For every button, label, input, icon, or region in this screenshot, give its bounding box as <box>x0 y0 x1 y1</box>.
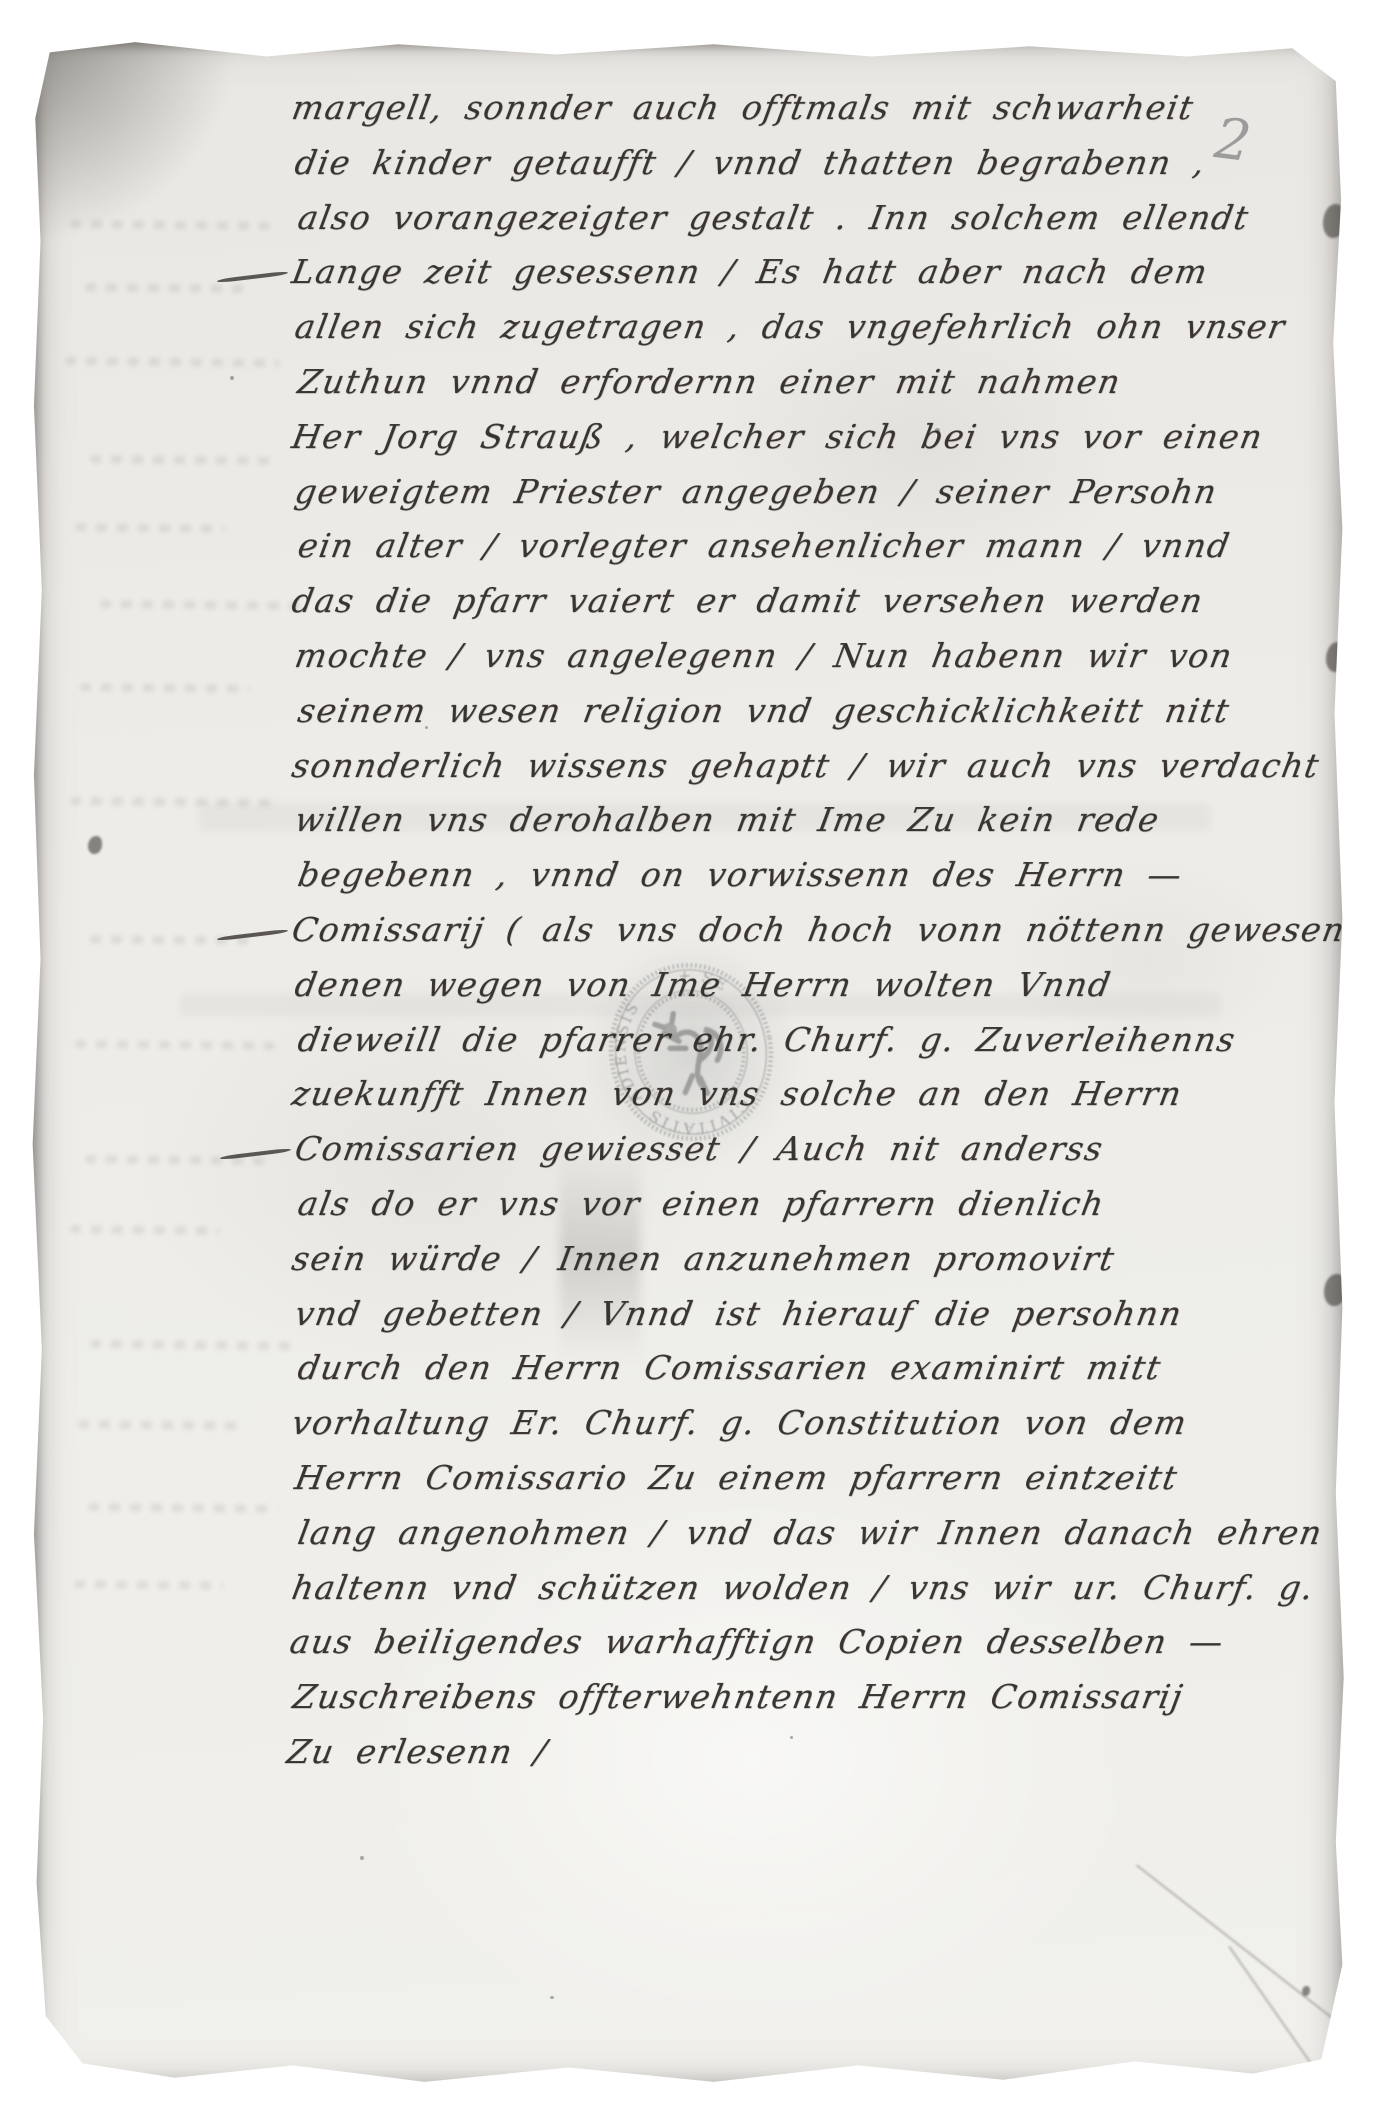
edge-ink-trace <box>1324 1274 1346 1306</box>
ink-bleedthrough <box>100 600 300 610</box>
page-number: 2 <box>1211 106 1254 175</box>
manuscript-line: sein würde / Innen anzunehmen promovirt <box>289 1239 1118 1278</box>
manuscript-line: Herrn Comissario Zu einem pfarrern eintz… <box>292 1458 1181 1497</box>
paper-corner-shadow <box>28 34 268 244</box>
manuscript-line: dieweill die pfarrer ehr. Churf. g. Zuve… <box>295 1020 1239 1059</box>
paper-left-edge-shadow <box>30 36 44 2088</box>
ink-speck <box>360 1856 364 1860</box>
ink-bleedthrough <box>75 1040 275 1050</box>
manuscript-line: Her Jorg Strauß , welcher sich bei vns v… <box>289 417 1267 456</box>
manuscript-line: vnd gebetten / Vnnd ist hierauf die pers… <box>292 1294 1186 1333</box>
manuscript-line: lang angenohmen / vnd das wir Innen dana… <box>295 1513 1326 1552</box>
edge-ink-trace <box>88 836 102 854</box>
edge-ink-trace <box>1323 204 1345 238</box>
manuscript-line: als do er vns vor einen pfarrern dienlic… <box>295 1184 1108 1223</box>
manuscript-line: geweigtem Priester angegeben / seiner Pe… <box>292 472 1221 511</box>
manuscript-line: mochte / vns angelegenn / Nun habenn wir… <box>292 636 1236 675</box>
manuscript-line: die kinder getaufft / vnnd thatten begra… <box>292 143 1209 182</box>
manuscript-line: Zuthun vnnd erfordernn einer mit nahmen <box>295 362 1124 401</box>
manuscript-line: Zuschreibens offterwehntenn Herrn Comiss… <box>290 1677 1187 1716</box>
manuscript-line: aus beiligendes warhafftign Copien desse… <box>287 1622 1227 1661</box>
manuscript-line: das die pfarr vaiert er damit versehen w… <box>289 581 1207 620</box>
manuscript-line: denen wegen von Ime Herrn wolten Vnnd <box>292 965 1115 1004</box>
paper-crease <box>1136 1864 1334 2019</box>
manuscript-line: begebenn , vnnd on vorwissenn des Herrn … <box>295 855 1186 894</box>
manuscript-line: sonnderlich wissens gehaptt / wir auch v… <box>289 746 1323 785</box>
ink-bleedthrough <box>88 1503 278 1513</box>
manuscript-line: Comissarien gewiesset / Auch nit anderss <box>292 1129 1107 1168</box>
ink-bleedthrough <box>78 1420 243 1430</box>
ink-bleedthrough <box>85 283 245 293</box>
ink-speck <box>230 376 234 380</box>
manuscript-line: also vorangezeigter gestalt . Inn solche… <box>295 198 1252 237</box>
manuscript-line: allen sich zugetragen , das vngefehrlich… <box>292 307 1289 346</box>
ink-bleedthrough <box>70 1225 220 1235</box>
ink-bleedthrough <box>80 683 250 693</box>
manuscript-line: margell, sonnder auch offtmals mit schwa… <box>289 88 1197 127</box>
manuscript-line: haltenn vnd schützen wolden / vns wir ur… <box>289 1568 1318 1607</box>
manuscript-line: ein alter / vorlegter ansehenlicher mann… <box>295 526 1234 565</box>
ink-bleedthrough <box>90 455 275 465</box>
manuscript-line: Comissarij ( als vns doch hoch vonn nött… <box>289 910 1382 949</box>
manuscript-line: Zu erlesenn / <box>284 1732 551 1771</box>
edge-ink-trace <box>1326 642 1346 672</box>
ink-bleedthrough <box>90 1340 295 1350</box>
ink-speck <box>790 1736 793 1739</box>
paper-top-edge-shadow <box>30 36 845 52</box>
manuscript-line: willen vns derohalben mit Ime Zu kein re… <box>292 800 1163 839</box>
ink-bleedthrough <box>75 523 225 533</box>
manuscript-paper: + SE CIVITATIS ADIENSIS <box>30 36 1345 2088</box>
ink-bleedthrough <box>65 357 280 367</box>
manuscript-line: vorhaltung Er. Churf. g. Constitution vo… <box>289 1403 1191 1442</box>
manuscript-line: Lange zeit gesessenn / Es hatt aber nach… <box>289 252 1211 291</box>
paper-crease <box>1228 1946 1321 2078</box>
manuscript-line: zuekunfft Innen von vns solche an den He… <box>289 1074 1186 1113</box>
ink-speck <box>550 1996 554 1999</box>
manuscript-line: durch den Herrn Comissarien examinirt mi… <box>295 1348 1165 1387</box>
ink-bleedthrough <box>74 1580 224 1590</box>
manuscript-line: seinem wesen religion vnd geschicklichke… <box>295 691 1233 730</box>
scan-backdrop: + SE CIVITATIS ADIENSIS <box>0 0 1382 2116</box>
edge-ink-trace <box>1302 1986 1310 1996</box>
